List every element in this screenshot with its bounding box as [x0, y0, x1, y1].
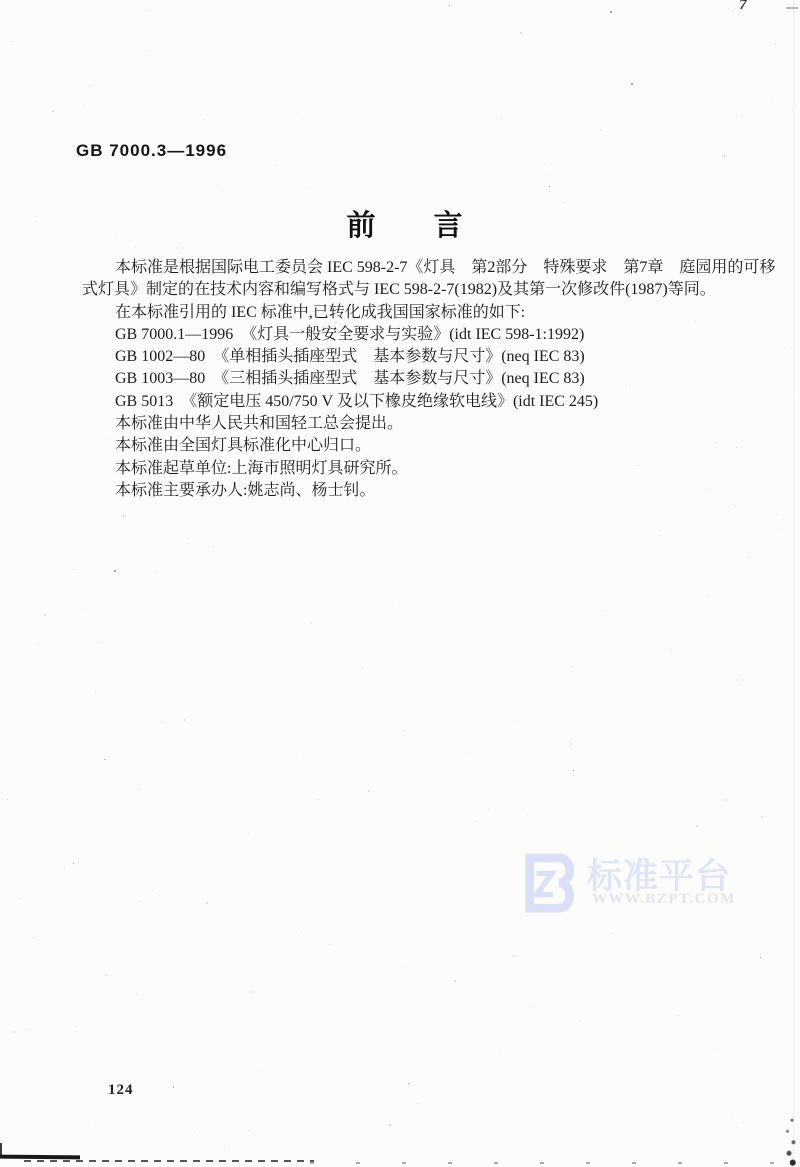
scan-speck [401, 715, 402, 716]
scan-speck [73, 569, 74, 570]
scan-speck [761, 816, 763, 818]
scan-speck [671, 649, 672, 650]
scan-speck [13, 41, 14, 42]
scan-speck [38, 643, 39, 644]
scan-speck [434, 897, 435, 898]
scan-speck [392, 605, 393, 606]
scan-speck [95, 692, 96, 693]
text-line: 本标准由全国灯具标准化中心归口。 [82, 435, 742, 457]
scan-speck [501, 118, 502, 119]
scan-speck [458, 817, 459, 818]
scan-speck [516, 721, 517, 722]
scan-speck [470, 753, 471, 754]
scan-speck [782, 529, 783, 530]
scan-speck [404, 730, 405, 731]
scan-speck [794, 397, 795, 398]
scan-corner-mark: 7 [738, 0, 748, 14]
scan-speck [696, 825, 698, 827]
scan-speck [781, 726, 782, 727]
scan-speck [184, 719, 186, 721]
standard-code: GB 7000.3—1996 [76, 141, 227, 161]
scan-speck [145, 50, 146, 51]
scan-bottom-line-thick [0, 1155, 80, 1160]
scan-speck [26, 1029, 27, 1030]
scan-speck [488, 810, 489, 811]
scan-speck [123, 516, 124, 517]
scan-speck [105, 974, 107, 976]
scan-speck [250, 991, 252, 993]
watermark-url: WWW.BZPT.COM [592, 891, 736, 908]
scan-speck [724, 155, 725, 156]
scan-speck [83, 105, 84, 106]
scan-speck [660, 535, 661, 536]
scan-speck [573, 770, 574, 771]
scan-speck [784, 347, 785, 348]
scan-speck [329, 944, 330, 945]
watermark: 标准平台 WWW.BZPT.COM [520, 849, 750, 924]
scan-speck [248, 1130, 249, 1131]
scan-speck [520, 32, 522, 34]
scan-speck [103, 254, 104, 255]
scan-speck [73, 863, 74, 864]
scan-speck [731, 1113, 732, 1114]
page-number: 124 [108, 1082, 134, 1099]
scan-speck [415, 978, 416, 979]
scan-speck [213, 546, 214, 547]
scan-speck [161, 722, 162, 723]
scan-speck [728, 8, 729, 9]
scan-speck [88, 1125, 89, 1126]
text-line: 本标准由中华人民共和国轻工总会提出。 [82, 413, 742, 435]
scan-speck [194, 1131, 195, 1132]
scan-speck [678, 1015, 679, 1016]
scan-speck [89, 85, 90, 86]
scan-speck [302, 1127, 303, 1128]
scan-speck [714, 1049, 715, 1050]
scan-speck [408, 1083, 409, 1084]
scan-speck [775, 44, 776, 45]
scan-speck [771, 99, 772, 100]
text-line: 式灯具》制定的在技术内容和编写格式与 IEC 598-2-7(1982)及其第一… [82, 279, 742, 301]
scan-speck [714, 128, 715, 129]
scan-speck [776, 514, 777, 515]
text-line: 本标准主要承办人:姚志尚、杨士钊。 [82, 480, 742, 502]
scan-speck [135, 247, 136, 248]
scan-speck [302, 119, 303, 120]
text-line: GB 1003—80 《三相插头插座型式 基本参数与尺寸》(neq IEC 83… [82, 368, 742, 390]
scan-speck [20, 898, 21, 899]
scan-speck [223, 190, 224, 191]
scan-speck [736, 116, 737, 117]
text-line: 在本标准引用的 IEC 标准中,已转化成我国国家标准的如下: [82, 302, 742, 324]
scan-speck [631, 83, 633, 85]
scan-speck [44, 614, 46, 616]
scan-speck [149, 10, 150, 11]
scan-speck [310, 622, 312, 624]
scan-bottom-line-dots [310, 1162, 798, 1164]
scan-speck [309, 1137, 310, 1138]
scan-speck [449, 5, 450, 6]
scan-speck [182, 247, 184, 249]
scan-speck [52, 110, 54, 112]
scan-speck [743, 1122, 744, 1123]
scan-speck [368, 790, 370, 792]
scan-speck [173, 1087, 174, 1088]
scan-speck [303, 756, 304, 757]
scan-speck [708, 596, 709, 597]
scan-speck [662, 809, 663, 810]
scan-speck [514, 808, 515, 809]
scan-speck [760, 957, 761, 958]
scan-speck [389, 1124, 391, 1126]
scan-right-edge-line [793, 0, 794, 1167]
scan-speck [139, 901, 140, 902]
scan-speck [612, 933, 613, 934]
scan-speck [527, 815, 528, 816]
text-line: 本标准起草单位:上海市照明灯具研究所。 [82, 458, 742, 480]
scan-speck [206, 902, 208, 904]
scan-speck [36, 216, 37, 217]
scan-speck [579, 1020, 581, 1022]
scan-speck [101, 642, 102, 643]
scan-speck [114, 570, 116, 572]
scan-speck [203, 119, 204, 120]
scan-speck [224, 1149, 225, 1150]
foreword-text: 本标准是根据国际电工委员会 IEC 598-2-7《灯具 第2部分 特殊要求 第… [82, 257, 742, 502]
scan-speck [544, 163, 545, 164]
scan-speck [138, 788, 139, 789]
scan-speck [749, 556, 750, 557]
scan-speck [210, 13, 211, 14]
scan-speck [653, 954, 654, 955]
scan-speck [75, 1031, 76, 1032]
scan-corner-smudge [783, 1112, 798, 1167]
scan-speck [187, 543, 188, 544]
scan-speck [600, 129, 602, 131]
scan-speck [248, 833, 249, 834]
scan-speck [64, 867, 65, 868]
scan-speck [318, 799, 319, 800]
scan-speck [762, 50, 763, 51]
scan-speck [155, 572, 156, 573]
scan-speck [454, 980, 456, 982]
scan-bottom-line-dashed [24, 1160, 314, 1162]
scan-speck [549, 186, 550, 187]
scan-speck [570, 743, 572, 745]
scan-speck [476, 821, 477, 822]
scan-speck [270, 794, 271, 795]
scan-speck [610, 11, 612, 13]
bzpt-logo-icon [520, 852, 582, 914]
scan-speck [606, 610, 607, 611]
scan-speck [417, 1103, 418, 1104]
page-title: 前 言 [82, 203, 727, 244]
text-line: 本标准是根据国际电工委员会 IEC 598-2-7《灯具 第2部分 特殊要求 第… [82, 257, 742, 279]
scan-speck [505, 922, 506, 923]
scan-speck [434, 842, 435, 843]
scan-speck [33, 937, 35, 939]
scan-speck [41, 613, 42, 614]
scan-speck [305, 187, 306, 188]
scan-speck [151, 83, 152, 84]
scan-speck [546, 174, 547, 175]
scan-speck [742, 679, 744, 681]
text-line: GB 7000.1—1996 《灯具一般安全要求与实验》(idt IEC 598… [82, 324, 742, 346]
scan-speck [734, 505, 736, 507]
scan-speck [258, 1071, 259, 1072]
scan-speck [136, 994, 137, 995]
scan-speck [725, 799, 727, 801]
scan-noise [0, 0, 800, 1167]
scan-speck [301, 932, 302, 933]
scan-speck [104, 759, 105, 760]
scan-speck [7, 799, 8, 800]
scan-speck [572, 666, 573, 667]
scan-speck [153, 68, 154, 69]
scan-speck [499, 1050, 500, 1051]
scan-speck [276, 165, 277, 166]
text-line: GB 1002—80 《单相插头插座型式 基本参数与尺寸》(neq IEC 83… [82, 346, 742, 368]
scan-speck [13, 1031, 15, 1033]
scan-speck [420, 20, 421, 21]
scan-speck [14, 245, 15, 246]
scan-speck [362, 668, 363, 669]
scan-speck [85, 608, 86, 609]
scan-speck [152, 890, 153, 891]
scan-edge-dash [786, 7, 798, 9]
scan-speck [401, 966, 402, 967]
scan-speck [796, 105, 797, 106]
scan-speck [513, 955, 515, 957]
scan-speck [533, 1005, 534, 1006]
scan-speck [530, 1100, 531, 1101]
text-line: GB 5013 《额定电压 450/750 V 及以下橡皮绝缘软电线》(idt … [82, 391, 742, 413]
scan-speck [224, 988, 225, 989]
scanned-document-page: GB 7000.3—1996 前 言 本标准是根据国际电工委员会 IEC 598… [0, 0, 800, 1167]
